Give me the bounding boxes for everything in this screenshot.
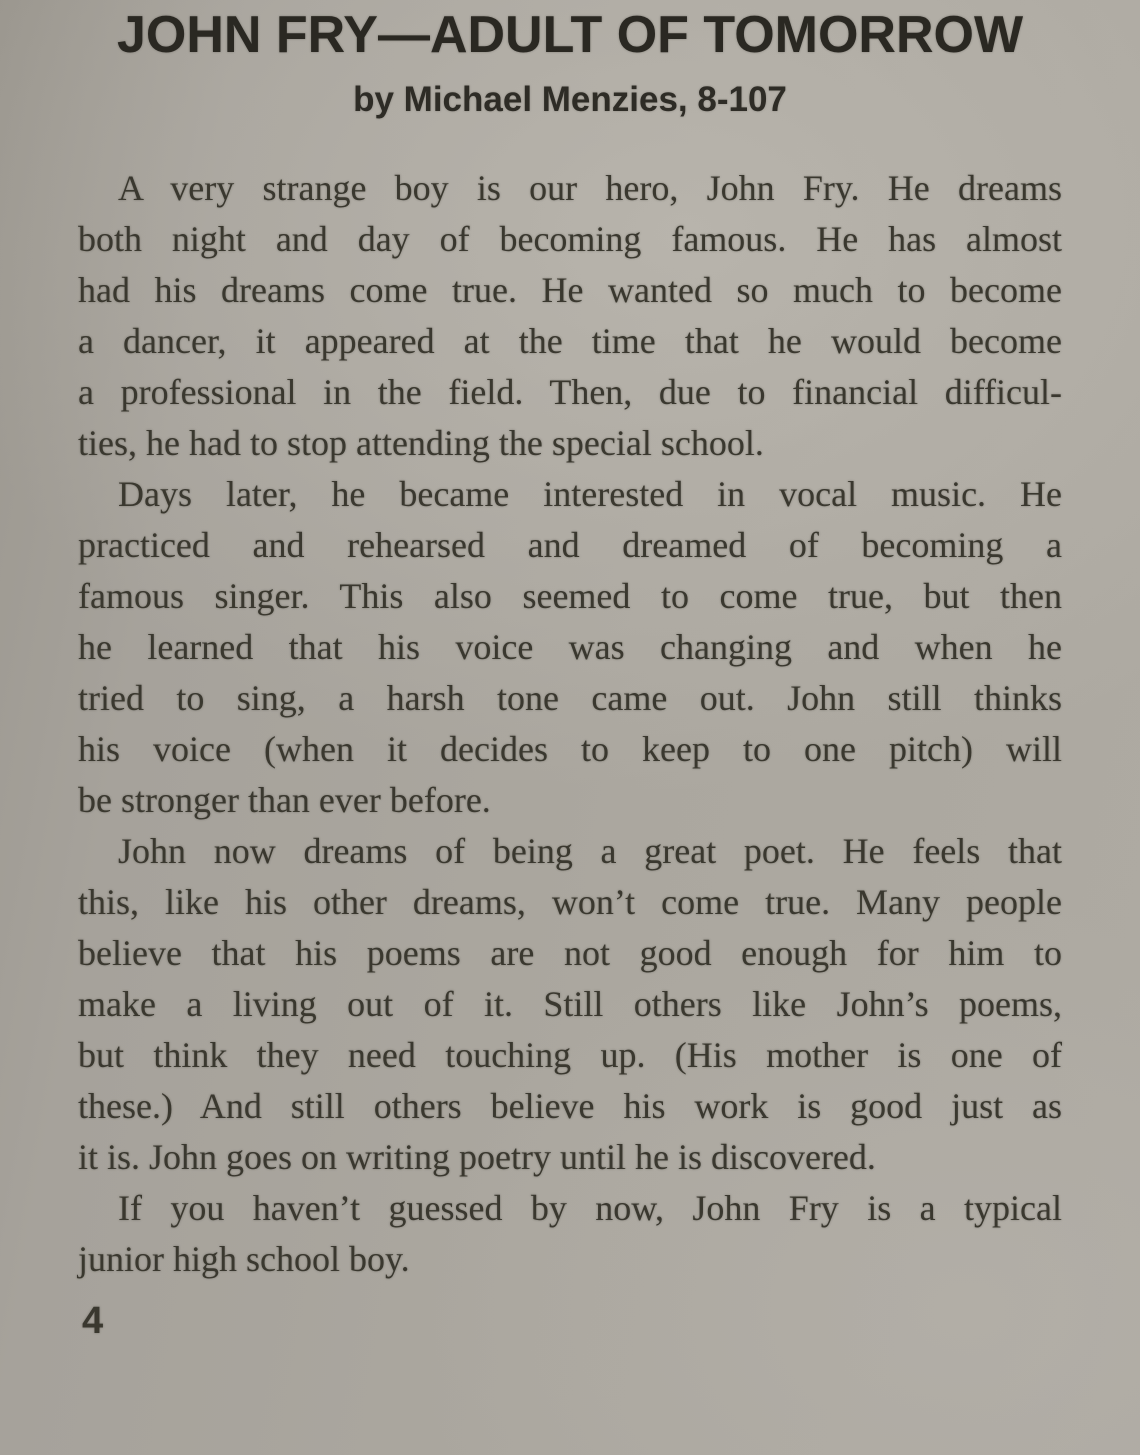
paragraph: John now dreams of being a great poet. H…	[78, 826, 1062, 1183]
text-line: make a living out of it. Still others li…	[78, 979, 1062, 1030]
text-line: Days later, he became interested in voca…	[78, 469, 1062, 520]
paragraph: A very strange boy is our hero, John Fry…	[78, 163, 1062, 469]
text-line: John now dreams of being a great poet. H…	[78, 826, 1062, 877]
text-line: famous singer. This also seemed to come …	[78, 571, 1062, 622]
text-line: it is. John goes on writing poetry until…	[78, 1132, 1062, 1183]
paragraph: If you haven’t guessed by now, John Fry …	[78, 1183, 1062, 1285]
text-line: he learned that his voice was changing a…	[78, 622, 1062, 673]
paragraph: Days later, he became interested in voca…	[78, 469, 1062, 826]
text-line: but think they need touching up. (His mo…	[78, 1030, 1062, 1081]
text-line: A very strange boy is our hero, John Fry…	[78, 163, 1062, 214]
scanned-book-page: JOHN FRY—ADULT OF TOMORROW by Michael Me…	[0, 0, 1140, 1455]
text-line: tried to sing, a harsh tone came out. Jo…	[78, 673, 1062, 724]
article-body: A very strange boy is our hero, John Fry…	[78, 163, 1062, 1285]
text-line: a professional in the field. Then, due t…	[78, 367, 1062, 418]
text-line: this, like his other dreams, won’t come …	[78, 877, 1062, 928]
text-line: be stronger than ever before.	[78, 775, 1062, 826]
text-line: his voice (when it decides to keep to on…	[78, 724, 1062, 775]
text-line: junior high school boy.	[78, 1234, 1062, 1285]
text-line: ties, he had to stop attending the speci…	[78, 418, 1062, 469]
author-byline: by Michael Menzies, 8-107	[78, 80, 1062, 120]
text-line: believe that his poems are not good enou…	[78, 928, 1062, 979]
text-line: a dancer, it appeared at the time that h…	[78, 316, 1062, 367]
page-title: JOHN FRY—ADULT OF TOMORROW	[78, 0, 1062, 63]
text-line: both night and day of becoming famous. H…	[78, 214, 1062, 265]
text-line: practiced and rehearsed and dreamed of b…	[78, 520, 1062, 571]
page-number: 4	[82, 1300, 103, 1343]
text-line: If you haven’t guessed by now, John Fry …	[78, 1183, 1062, 1234]
text-line: had his dreams come true. He wanted so m…	[78, 265, 1062, 316]
text-line: these.) And still others believe his wor…	[78, 1081, 1062, 1132]
